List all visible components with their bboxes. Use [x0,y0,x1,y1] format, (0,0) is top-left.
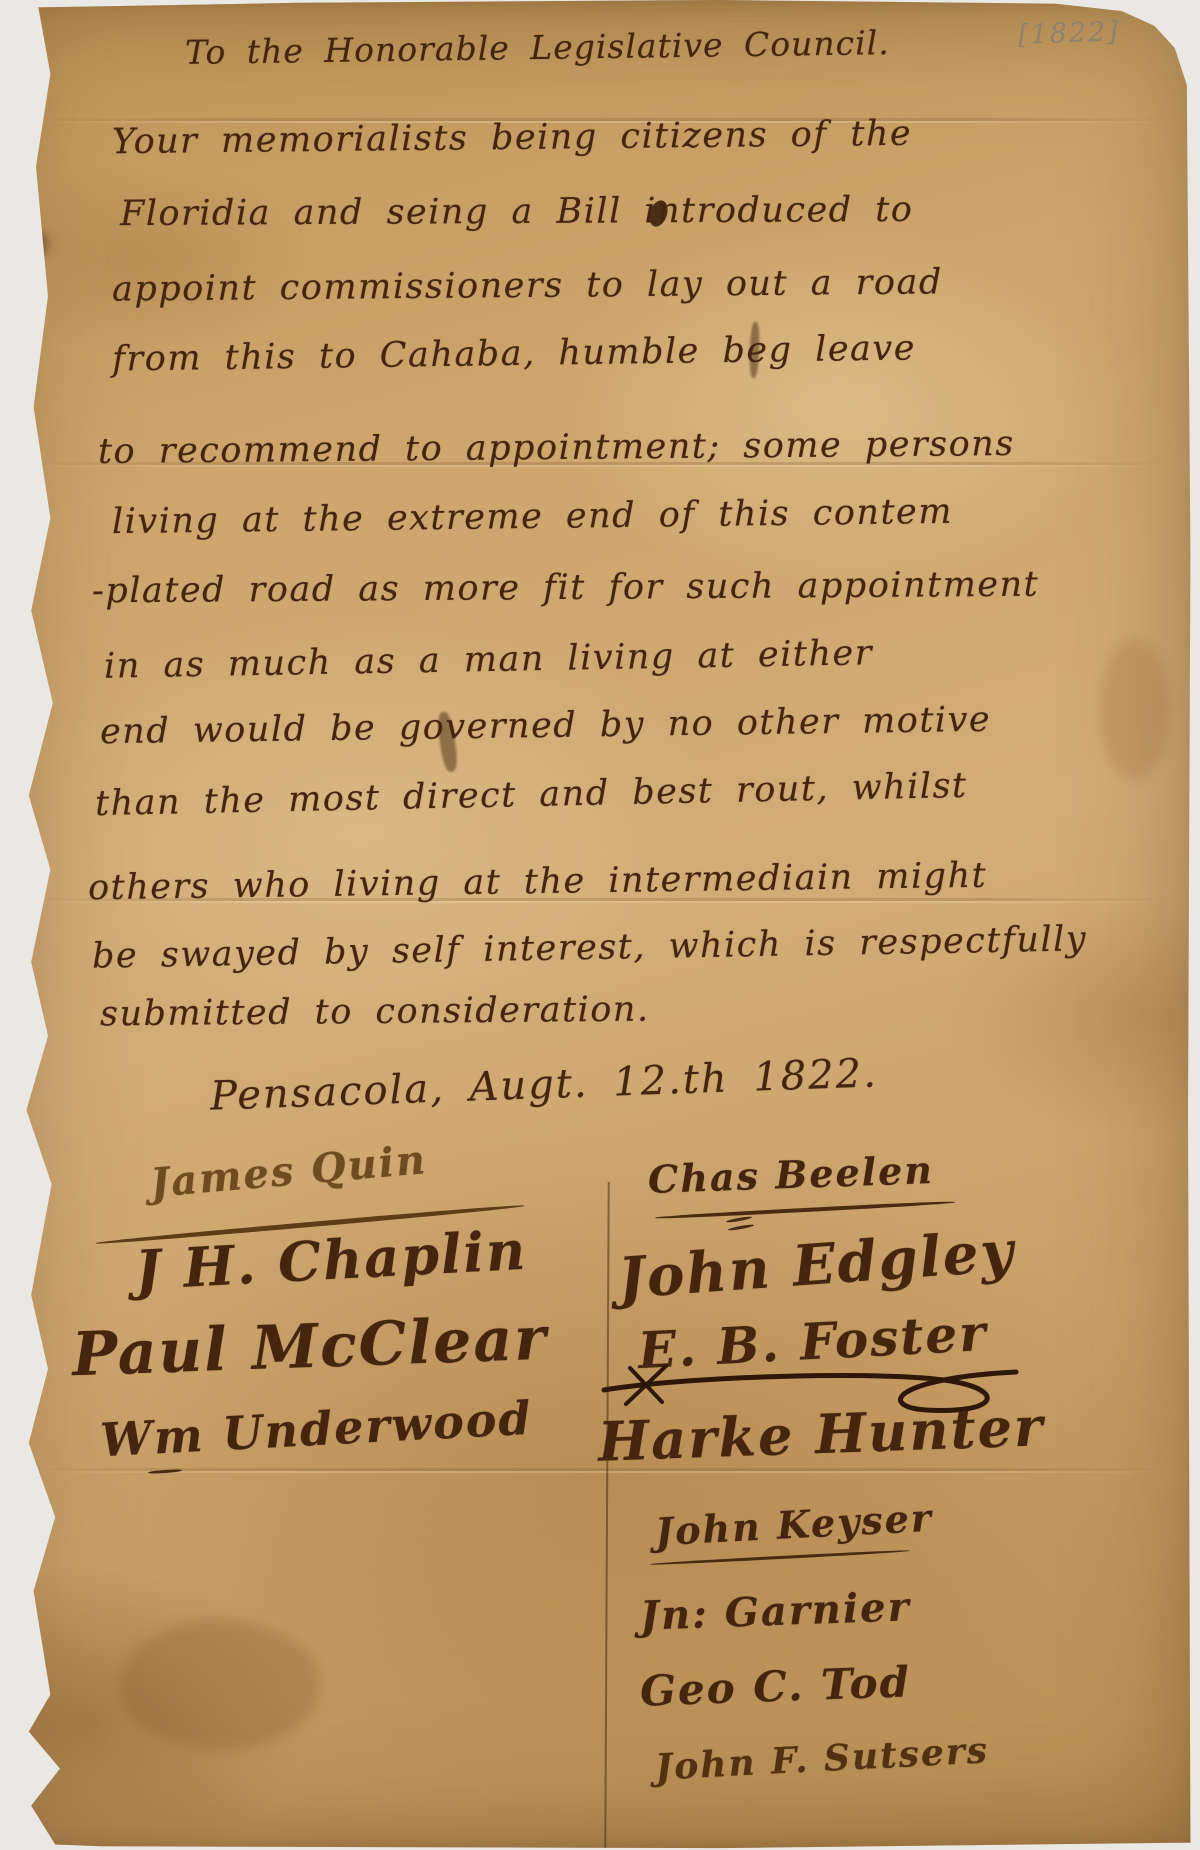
body-line: from this to Cahaba, humble beg leave [112,328,916,379]
dateline: Pensacola, Augt. 12.th 1822. [209,1050,878,1119]
ink-stain [16,232,46,256]
signature-paul-mcclear: Paul McClear [71,1304,549,1391]
body-line: Floridia and seing a Bill introduced to [120,190,914,234]
body-line: living at the extreme end of this contem [112,492,953,542]
body-line: appoint commissioners to lay out a road [112,262,943,309]
pencil-year-annotation: [1822] [1017,16,1120,51]
aged-paper-sheet: [1822] To the Honorable Legislative Coun… [0,0,1200,1850]
vertical-fold-line [604,1182,609,1850]
signature-flourish-mark [726,1216,752,1223]
signature-john-edgley: John Edgley [616,1218,1017,1312]
signature-jn-garnier: Jn: Garnier [639,1583,911,1639]
body-line: end would be governed by no other motive [100,700,992,752]
signature-wm-underwood: Wm Underwood [99,1391,534,1468]
signature-jh-chaplin: J H. Chaplin [134,1218,529,1302]
paper-stain [120,1620,320,1750]
body-line: -plated road as more fit for such appoin… [92,565,1039,612]
letter-heading: To the Honorable Legislative Council. [185,23,890,72]
scanned-letter-page: { "page": { "annotation_year": "[1822]" … [0,0,1200,1850]
signature-john-f-sutsers: John F. Sutsers [654,1729,990,1788]
signature-flourish-mark [728,1224,754,1231]
body-line: submitted to consideration. [100,990,650,1035]
signature-geo-c-tod: Geo C. Tod [639,1657,912,1715]
paper-stain [1100,640,1170,780]
signature-james-quin: James Quin [148,1136,428,1207]
body-line: be swayed by self interest, which is res… [92,919,1088,976]
signature-john-keyser: John Keyser [654,1495,934,1554]
body-line: to recommend to appointment; some person… [98,424,1015,472]
body-line: in as much as a man living at either [104,633,874,686]
signature-chas-beelen: Chas Beelen [647,1147,934,1202]
signature-underline [655,1200,955,1220]
body-line: Your memorialists being citizens of the [112,114,913,162]
body-line: than the most direct and best rout, whil… [95,766,968,824]
